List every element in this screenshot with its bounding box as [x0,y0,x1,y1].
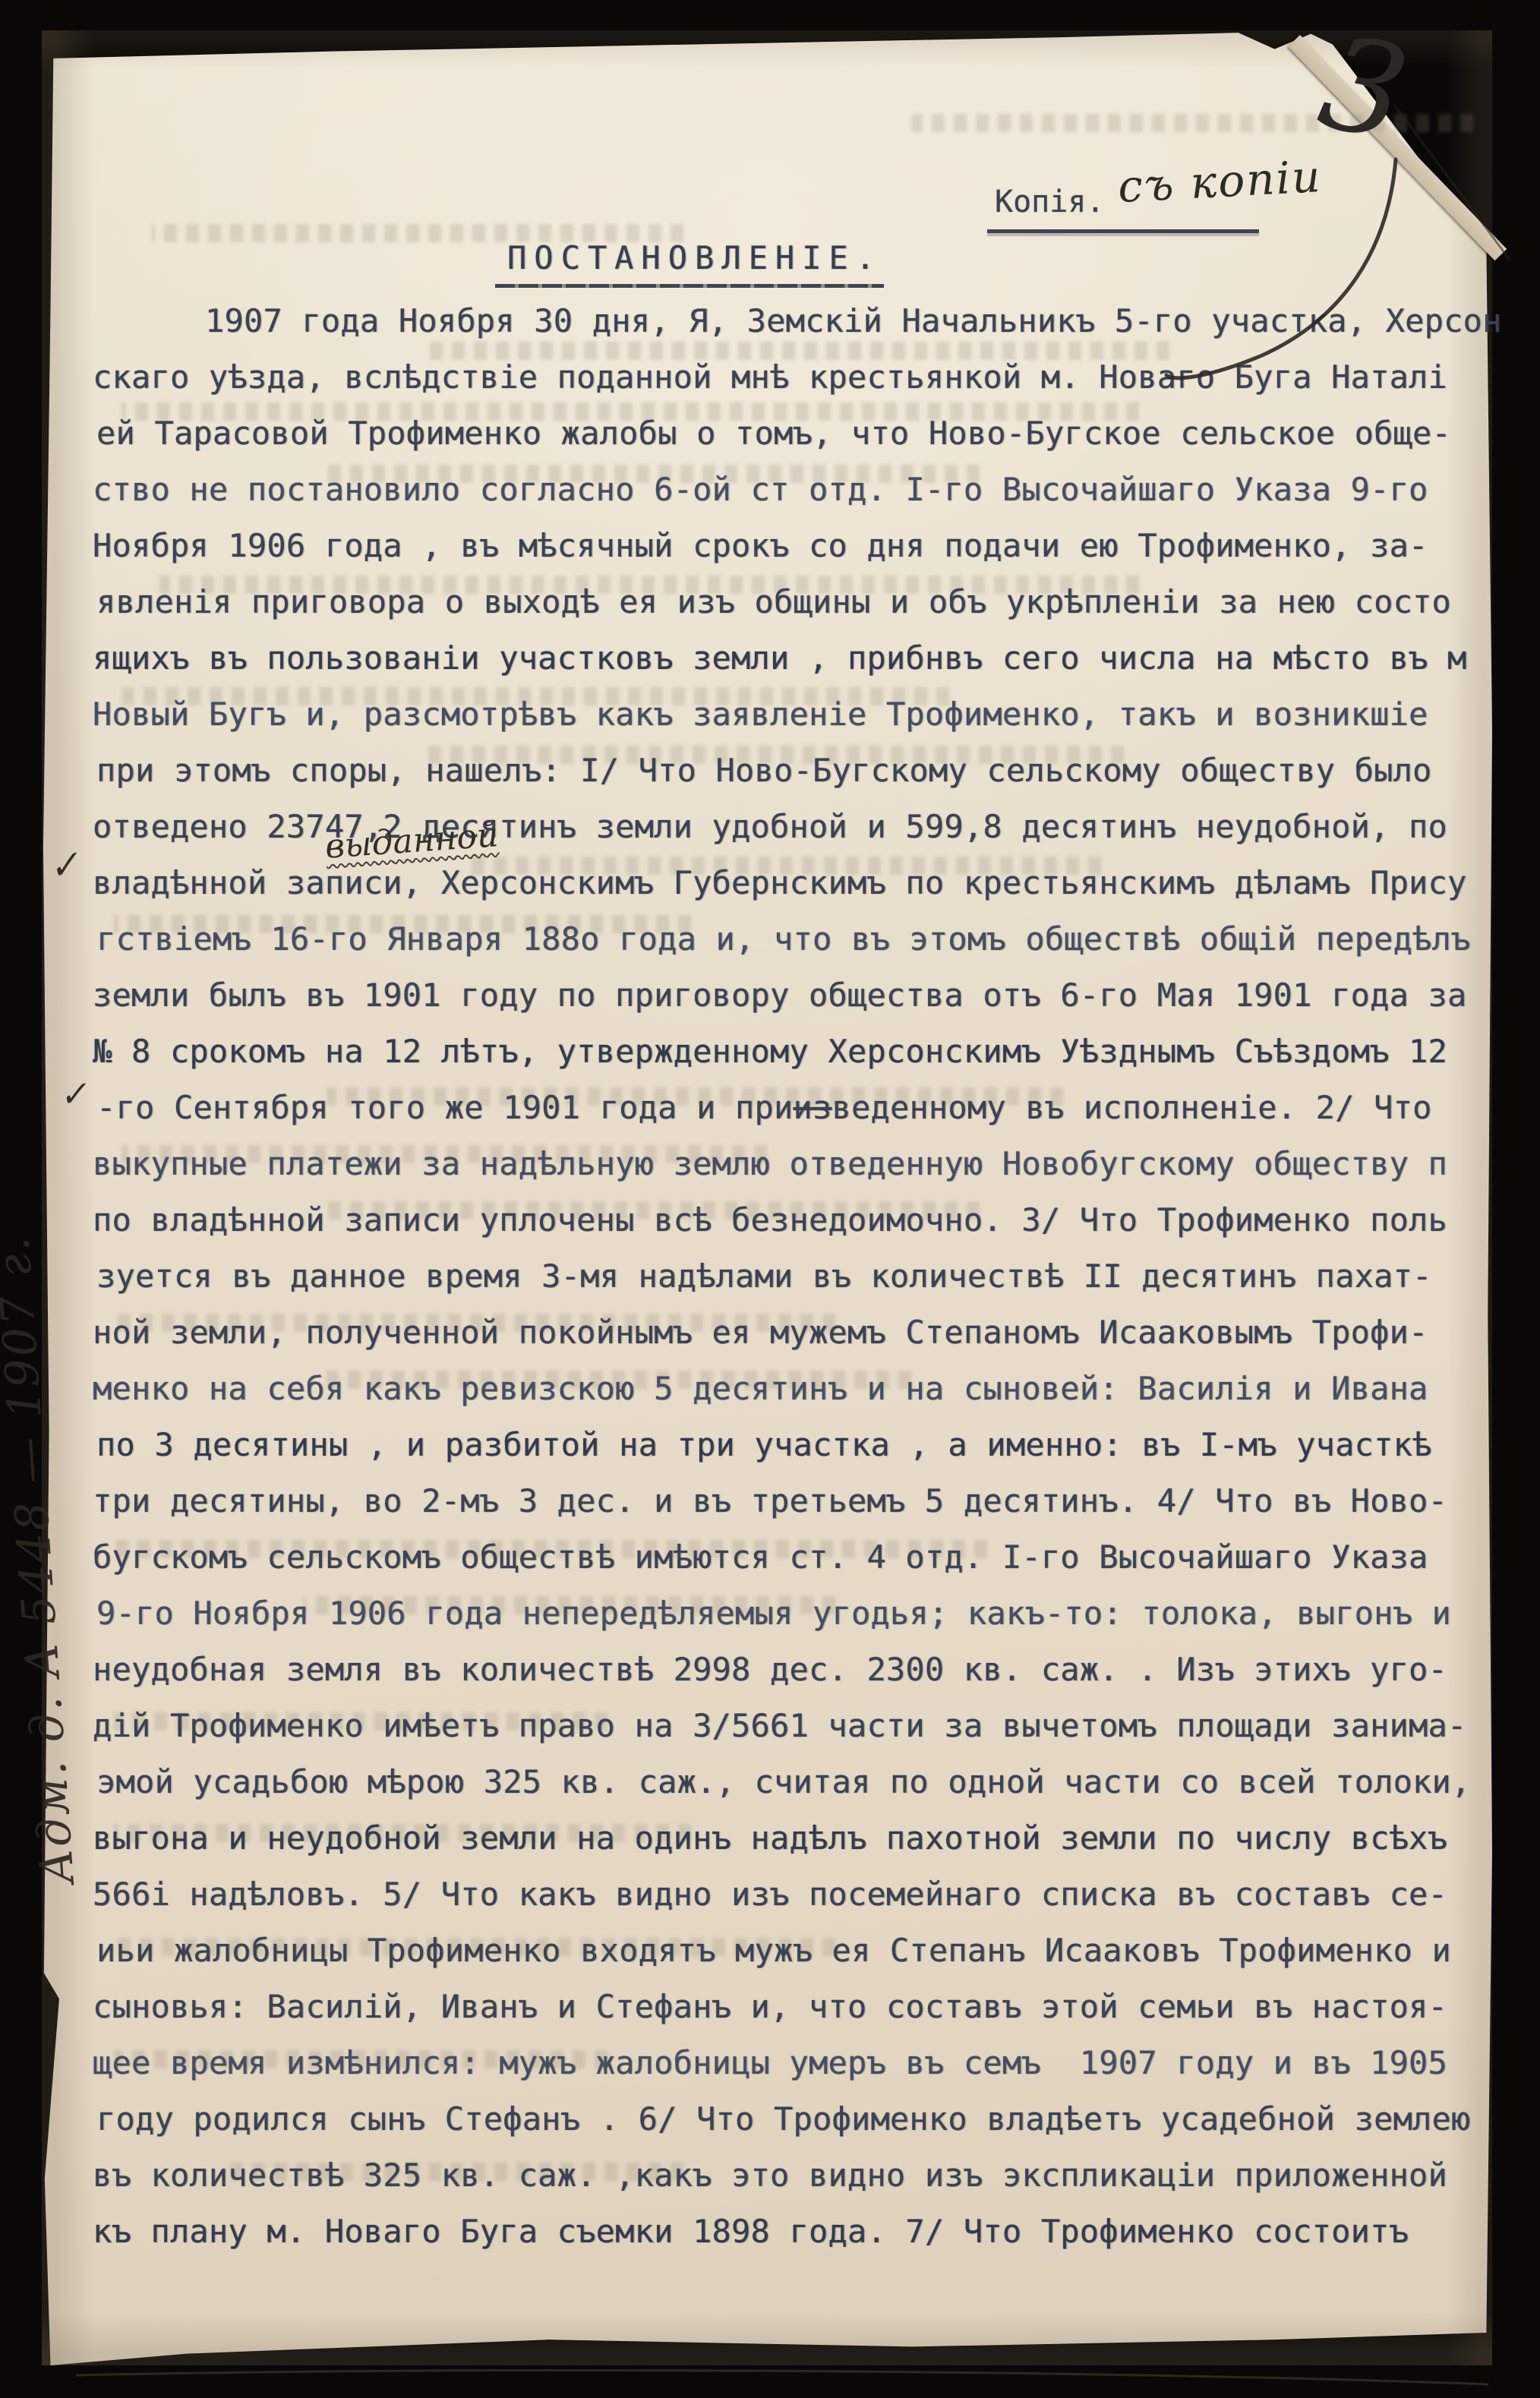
document-line: бугскомъ сельскомъ обществѣ имѣются ст. … [93,1538,1428,1576]
document-line: выкупные платежи за надѣльную землю отве… [93,1145,1447,1182]
document-line: Ноября 1906 года , въ мѣсячный срокъ со … [93,527,1428,564]
document-line: гствіемъ 16-го Января 188о года и, что в… [96,920,1471,958]
copy-label-underline [987,229,1259,233]
document-line: въ количествѣ 325 кв. саж. ,какъ это вид… [93,2157,1447,2194]
document-line: № 8 срокомъ на 12 лѣтъ, утвержденному Хе… [93,1033,1447,1070]
document-line: 566i надѣловъ. 5/ Что какъ видно изъ пос… [93,1876,1447,1913]
document-line: къ плану м. Новаго Буга съемки 1898 года… [93,2213,1409,2250]
document-line: земли былъ въ 1901 году по приговору общ… [93,977,1467,1014]
document-line: сыновья: Василій, Иванъ и Стефанъ и, что… [93,1988,1447,2025]
document-line: эмой усадьбою мѣрою 325 кв. саж., считая… [96,1763,1471,1800]
document-line: зуется въ данное время 3-мя надѣлами въ … [96,1257,1432,1295]
document-line: 9-го Ноября 1906 года непередѣляемыя уго… [96,1595,1451,1632]
document-line: -го Сентября того же 1901 года и приизве… [96,1089,1432,1126]
document-line: Новый Бугъ и, разсмотрѣвъ какъ заявленіе… [93,696,1428,733]
document-line: неудобная земля въ количествѣ 2998 дес. … [93,1651,1447,1688]
document-line: скаго уѣзда, вслѣдствіе поданной мнѣ кре… [93,358,1447,396]
document-line: ство не постановило согласно 6-ой ст отд… [93,471,1428,508]
document-line: выгона и неудобной земли на одинъ надѣлъ… [93,1819,1447,1857]
margin-check-mark: ✓ [57,1074,89,1115]
document-line: явленія приговора о выходѣ ея изъ общины… [96,583,1451,620]
document-line: отведено 23747,2 десятинъ земли удобной … [93,808,1447,845]
document-line: иьи жалобницы Трофименко входятъ мужъ ея… [96,1932,1451,1969]
document-line: ной земли, полученной покойнымъ ея мужем… [93,1314,1428,1351]
document-line: три десятины, во 2-мъ 3 дес. и въ третье… [93,1482,1447,1519]
document-line: году родился сынъ Стефанъ . 6/ Что Трофи… [96,2100,1471,2138]
handwritten-copy-note: съ копіи [1116,150,1323,213]
scanned-archive-page: { "page": { "number_handwritten": "3" },… [0,0,1540,2398]
document-line: ящихъ въ пользованіи участковъ земли , п… [93,639,1467,677]
document-line: менко на себя какъ ревизскою 5 десятинъ … [93,1370,1428,1407]
document-line: щее время измѣнился: мужъ жалобницы умер… [93,2044,1447,2081]
document-line: по владѣнной записи уплочены всѣ безнедо… [93,1201,1447,1238]
document-line: владѣнной записи, Херсонскимъ Губернским… [93,864,1467,901]
document-line: ей Тарасовой Трофименко жалобы о томъ, ч… [96,415,1451,452]
document-line: дій Трофименко имѣетъ право на 3/5661 ча… [93,1707,1467,1744]
document-line: 1907 года Ноября 30 дня, Я, Земскій Нача… [205,302,1502,339]
copy-label: Копія. [995,185,1105,219]
document-line: при этомъ споры, нашелъ: I/ Что Ново-Буг… [96,752,1432,789]
underlying-page-edge [76,2371,1488,2384]
document-title: ПОСТАНОВЛЕНІЕ. [507,239,882,276]
title-underline [495,284,884,288]
document-line: по 3 десятины , и разбитой на три участк… [96,1426,1432,1463]
